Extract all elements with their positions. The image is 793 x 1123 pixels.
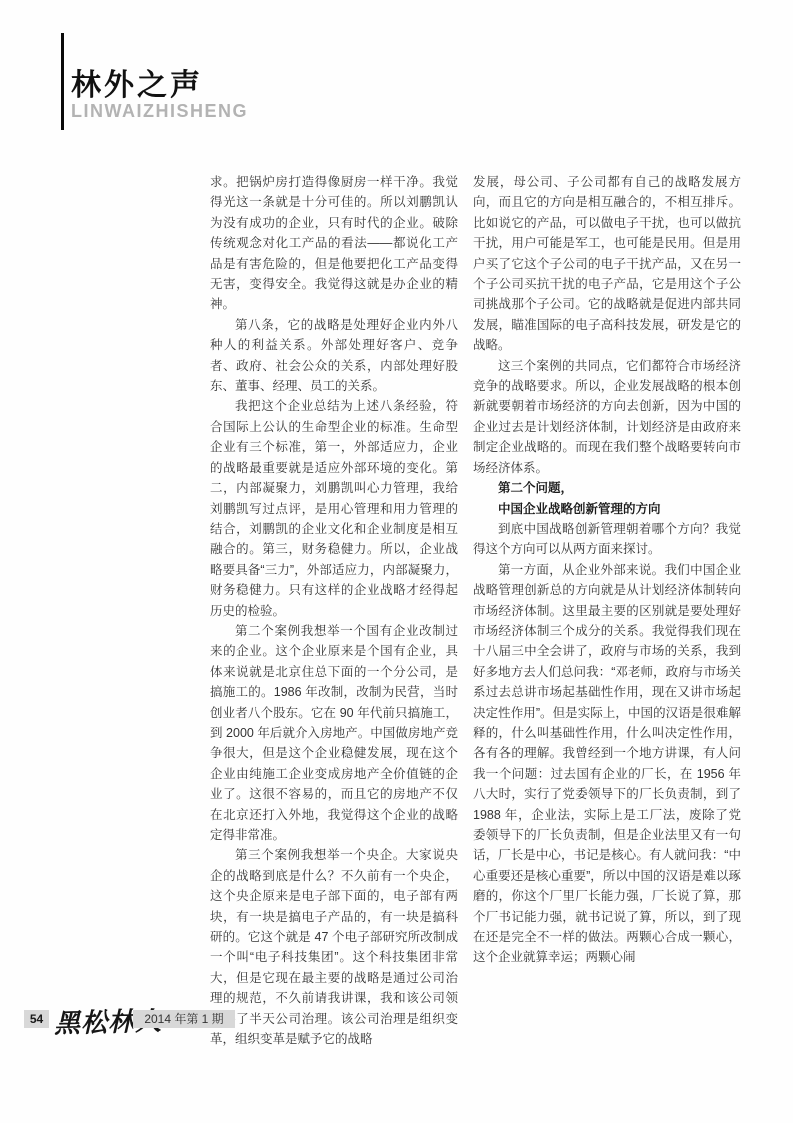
section-subtitle-pinyin: LINWAIZHISHENG	[71, 101, 248, 122]
section-title: 林外之声	[71, 60, 203, 104]
body-paragraph: 第一方面，从企业外部来说。我们中国企业战略管理创新总的方向就是从计划经济体制转向…	[473, 560, 741, 968]
body-paragraph: 到底中国战略创新管理朝着哪个方向？我觉得这个方向可以从两方面来探讨。	[473, 519, 741, 560]
footer: 54 黑松林人 2014 年第 1 期	[0, 1008, 793, 1038]
heading-paragraph: 中国企业战略创新管理的方向	[473, 499, 741, 519]
body-paragraph: 这三个案例的共同点，它们都符合市场经济竞争的战略要求。所以，企业发展战略的根本创…	[473, 356, 741, 478]
header-vertical-rule	[61, 33, 64, 130]
body-paragraph: 第二个案例我想举一个国有企业改制过来的企业。这个企业原来是个国有企业，具体来说就…	[210, 621, 458, 845]
body-paragraph: 我把这个企业总结为上述八条经验，符合国际上公认的生命型企业的标准。生命型企业有三…	[210, 396, 458, 620]
body-paragraph: 发展，母公司、子公司都有自己的战略发展方向，而且它的方向是相互融合的，不相互排斥…	[473, 172, 741, 356]
page-number: 54	[24, 1010, 49, 1028]
issue-label: 2014 年第 1 期	[133, 1010, 235, 1028]
column-right: 发展，母公司、子公司都有自己的战略发展方向，而且它的方向是相互融合的，不相互排斥…	[473, 172, 741, 968]
body-paragraph: 求。把锅炉房打造得像厨房一样干净。我觉得光这一条就是十分可佳的。所以刘鹏凯认为没…	[210, 172, 458, 315]
magazine-page: 林外之声 LINWAIZHISHENG 求。把锅炉房打造得像厨房一样干净。我觉得…	[0, 0, 793, 1123]
body-paragraph: 第八条，它的战略是处理好企业内外八种人的利益关系。外部处理好客户、竞争者、政府、…	[210, 315, 458, 397]
column-left: 求。把锅炉房打造得像厨房一样干净。我觉得光这一条就是十分可佳的。所以刘鹏凯认为没…	[210, 172, 458, 1049]
heading-paragraph: 第二个问题，	[473, 478, 741, 498]
